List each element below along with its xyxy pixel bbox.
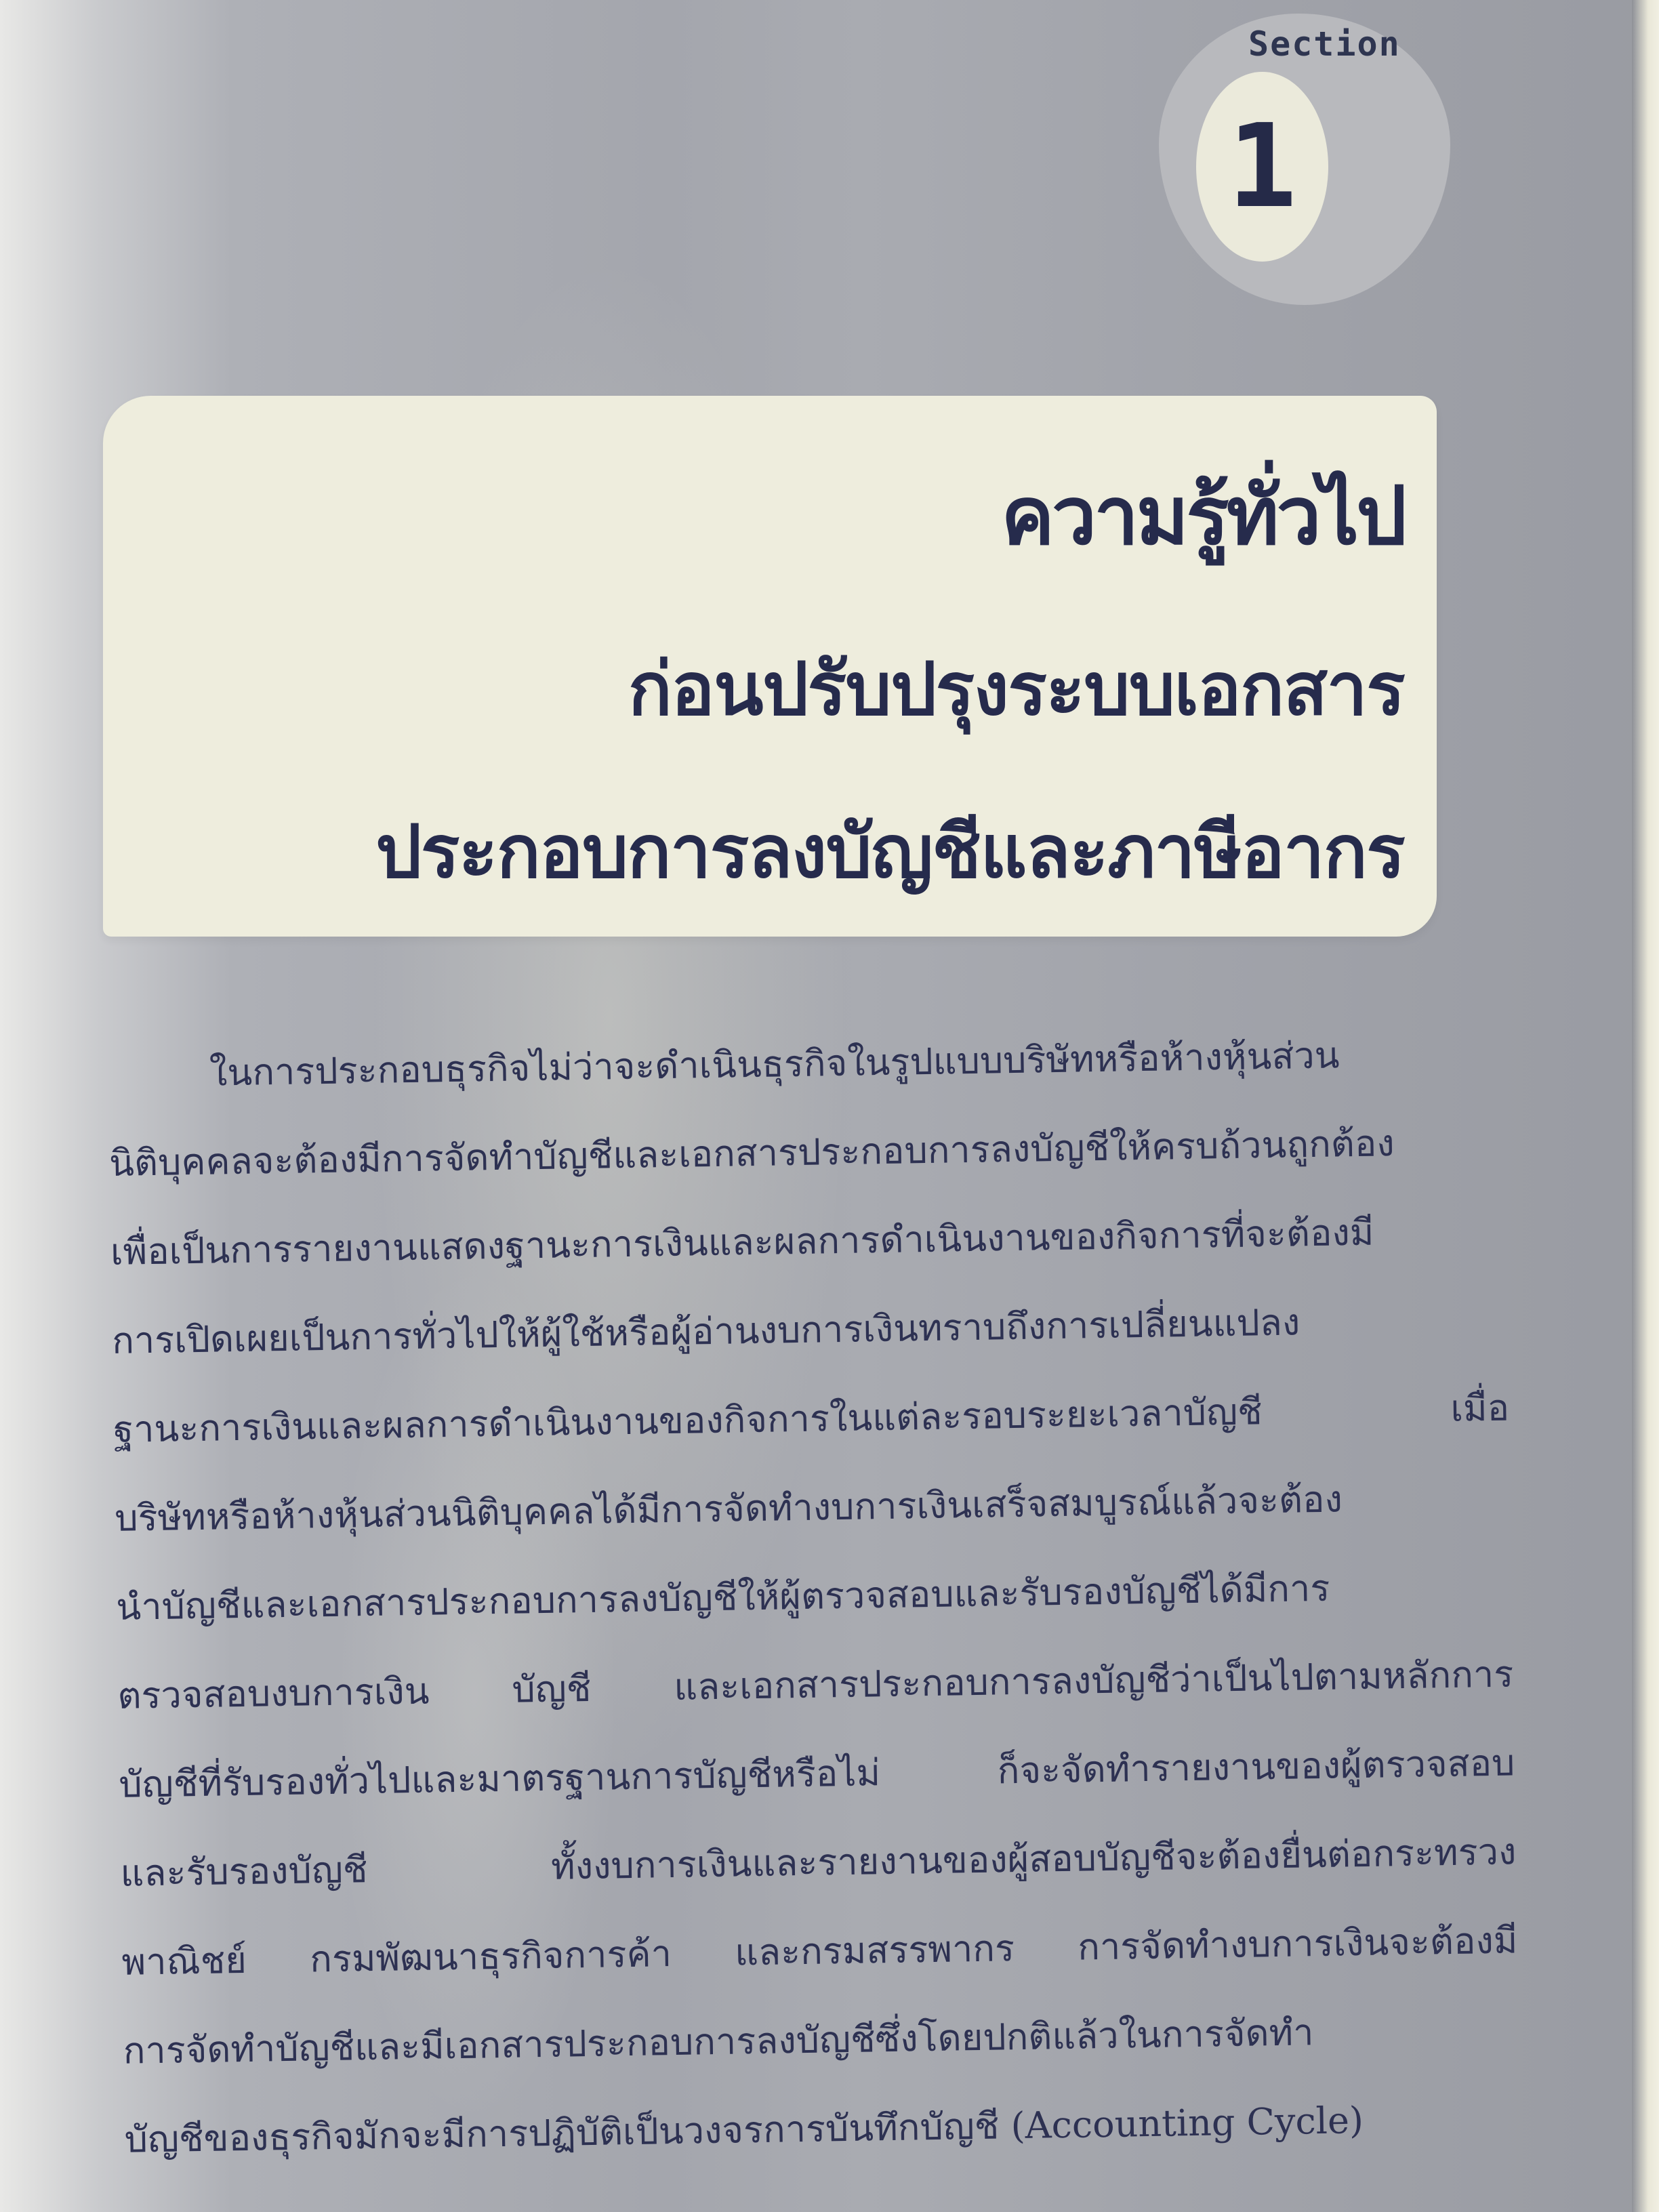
section-number: 1	[1227, 109, 1296, 224]
section-label: Section	[1248, 24, 1401, 64]
body-paragraph: ในการประกอบธุรกิจไม่ว่าจะดำเนินธุรกิจในร…	[107, 1008, 1521, 2184]
facing-page-edge	[1632, 0, 1659, 2212]
chapter-title-box: ความรู้ทั่วไป ก่อนปรับปรุงระบบเอกสาร ประ…	[103, 396, 1437, 937]
section-number-circle: 1	[1196, 72, 1328, 262]
chapter-title-line-1: ความรู้ทั่วไป	[1001, 476, 1404, 556]
chapter-title-line-2: ก่อนปรับปรุงระบบเอกสาร	[628, 653, 1404, 726]
chapter-title-line-3: ประกอบการลงบัญชีและภาษีอากร	[375, 816, 1404, 889]
book-page: Section 1 ความรู้ทั่วไป ก่อนปรับปรุงระบบ…	[0, 0, 1659, 2212]
